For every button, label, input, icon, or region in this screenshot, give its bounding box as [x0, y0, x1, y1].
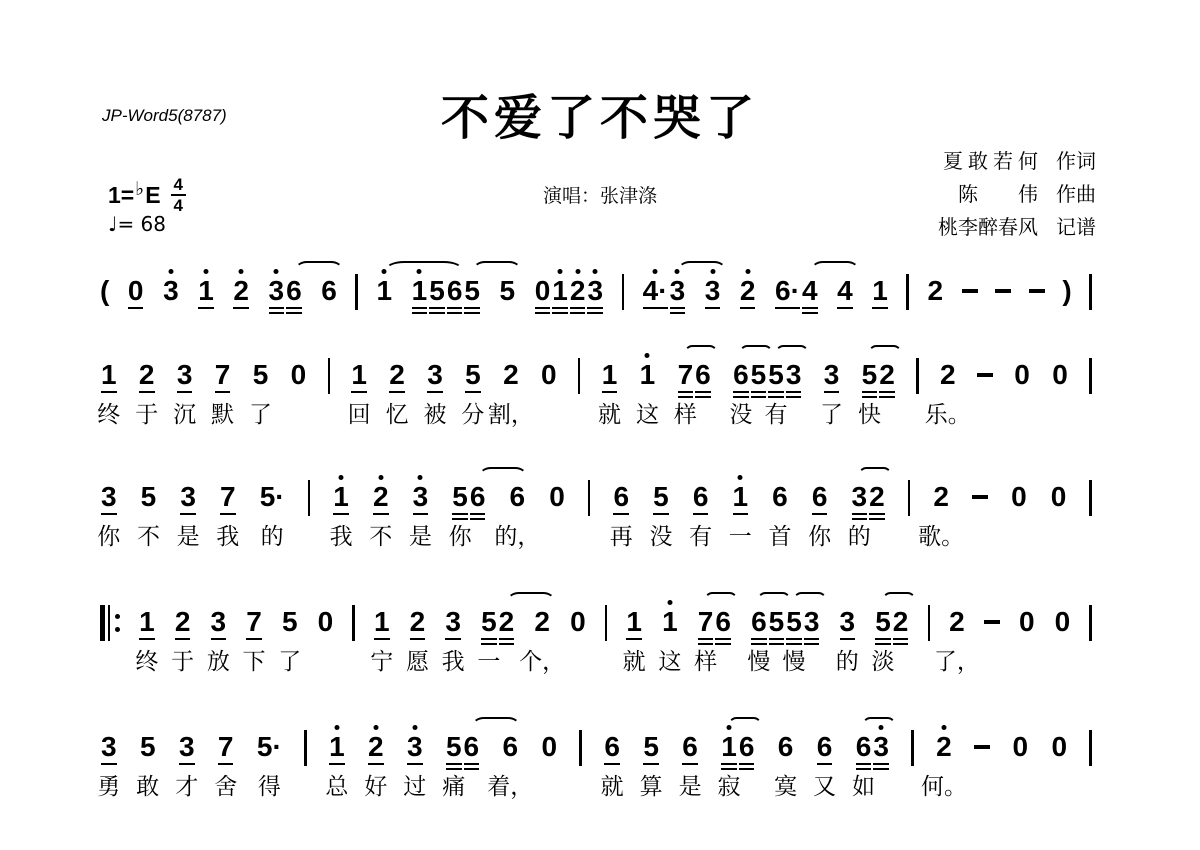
note: 5	[428, 264, 446, 316]
note-digit: 3	[180, 484, 196, 510]
lyric: 了	[278, 650, 301, 673]
note: 1一	[732, 470, 750, 522]
note-digit: 2	[933, 484, 949, 510]
underline-beam	[678, 391, 694, 394]
underline-beam	[604, 763, 620, 766]
note-digit: 3	[824, 362, 840, 388]
note-digit: 4	[802, 278, 818, 304]
note-digit: 2	[570, 278, 586, 304]
underline-beam	[693, 513, 709, 516]
octave-dot	[745, 269, 750, 274]
lyric: 于	[135, 403, 158, 426]
lyric: 淡	[872, 650, 895, 673]
note-digit: 2	[940, 362, 956, 388]
lyric: 的，	[494, 525, 540, 548]
beat-group: 6没55有3	[732, 348, 802, 400]
underline-beam	[470, 513, 486, 516]
lyric: 何。	[921, 775, 967, 798]
note: 2	[868, 470, 886, 522]
note-digit: 1	[733, 484, 749, 510]
beat-group: 5了	[281, 595, 299, 647]
note-digit: 0	[535, 278, 551, 304]
note-digit: 6	[739, 734, 755, 760]
system-4: 1终2于3放7下5了01宁2愿3我5一22个，01就1这7样66慢55慢33的5…	[100, 595, 1092, 647]
note-digit: 6	[812, 484, 828, 510]
note: 6是	[681, 720, 699, 772]
underline-beam	[775, 307, 800, 310]
beat-group: 0	[1012, 720, 1030, 772]
note: 5算	[642, 720, 660, 772]
octave-dot	[710, 269, 715, 274]
note-digit: 2	[928, 278, 944, 304]
beat-group: 6着，	[502, 720, 520, 772]
underline-beam	[535, 307, 551, 310]
octave-dot	[334, 725, 339, 730]
underline-beam	[452, 513, 468, 516]
underline-beam	[128, 307, 144, 310]
note-digit: 6	[856, 734, 872, 760]
note: 6如	[855, 720, 873, 772]
underline-beam	[552, 312, 568, 315]
note-digit: 1	[329, 734, 345, 760]
beat-group: 0	[569, 595, 587, 647]
note-digit: 3	[179, 734, 195, 760]
underline-beam	[101, 513, 117, 516]
note-digit: 6	[751, 609, 767, 635]
beat-group: 1	[871, 264, 889, 316]
note: 1这	[639, 348, 657, 400]
note-digit: 1	[374, 609, 390, 635]
lyric: 过	[403, 775, 426, 798]
octave-dot	[879, 725, 884, 730]
beat-group: 5快2	[861, 348, 896, 400]
beat-group: 4·3	[642, 264, 686, 316]
beat-group: 4	[836, 264, 854, 316]
beat-group: 1寂6	[720, 720, 755, 772]
beat-group: 1这	[661, 595, 679, 647]
note-digit: 3	[786, 362, 802, 388]
note-digit: 0	[1051, 484, 1067, 510]
note-digit: 2	[499, 609, 515, 635]
underline-beam	[893, 643, 909, 646]
beat-group: 2愿	[409, 595, 427, 647]
note: 5痛	[445, 720, 463, 772]
underline-beam	[220, 513, 236, 516]
note-digit: 3	[177, 362, 193, 388]
note-digit: 6	[447, 278, 463, 304]
note: 3才	[178, 720, 196, 772]
note-digit: 3	[163, 278, 179, 304]
underline-beam	[351, 391, 367, 394]
beat-group: 3才	[178, 720, 196, 772]
note-digit: 5	[429, 278, 445, 304]
octave-dot	[645, 353, 650, 358]
note-digit: 7	[698, 609, 714, 635]
note: 7样	[697, 595, 715, 647]
note: 5	[499, 264, 517, 316]
note: 5了	[252, 348, 270, 400]
note: 0	[1054, 595, 1072, 647]
beat-group: 6寞	[777, 720, 795, 772]
note: 3过	[406, 720, 424, 772]
beat-group: 5你6	[451, 470, 486, 522]
note: 6	[320, 264, 338, 316]
lyric: 这	[658, 650, 681, 673]
note-digit: 3	[852, 484, 868, 510]
note: 2愿	[409, 595, 427, 647]
beat-group: 0	[1018, 595, 1036, 647]
note: 3	[803, 595, 821, 647]
note: 1就	[625, 595, 643, 647]
beat-group: 1一	[732, 470, 750, 522]
beat-group: 2割，	[502, 348, 520, 400]
notation-line: 3勇5敢3才7舍5·得1总2好3过5痛66着，06就5算6是1寂66寞6又6如3…	[100, 720, 1092, 772]
underline-beam	[875, 643, 891, 646]
lyric: 是	[679, 775, 702, 798]
underline-beam	[695, 391, 711, 394]
beat-group: 3	[704, 264, 722, 316]
note: 6·	[774, 264, 801, 316]
beat-group: 6·4	[774, 264, 818, 316]
note-digit: 5·	[257, 734, 282, 760]
note-digit: 6	[464, 734, 480, 760]
note: 3你	[100, 470, 118, 522]
underline-beam	[233, 307, 249, 310]
octave-dot	[239, 269, 244, 274]
beat-group: 2	[739, 264, 757, 316]
beat-group: 6又	[816, 720, 834, 772]
note: 6没	[732, 348, 750, 400]
lyric: 你	[808, 525, 831, 548]
underline-beam	[751, 638, 767, 641]
lyric: 不	[137, 525, 160, 548]
beat-group: 6慢55慢3	[750, 595, 820, 647]
beat-group: 2忆	[388, 348, 406, 400]
note: 4	[801, 264, 819, 316]
underline-beam	[101, 763, 117, 766]
note-digit: 5	[446, 734, 462, 760]
held-note-dash	[995, 289, 1011, 293]
lyric: 有	[765, 403, 788, 426]
note-digit: 5	[862, 362, 878, 388]
beat-group: 6首	[771, 470, 789, 522]
underline-beam	[695, 396, 711, 399]
beat-group: 5一2	[480, 595, 515, 647]
lyric: 回	[348, 403, 371, 426]
underline-beam	[587, 307, 603, 310]
lyric: 总	[325, 775, 348, 798]
barline	[588, 480, 591, 516]
lyric: 我	[330, 525, 353, 548]
note: 2了，	[948, 595, 966, 647]
note: 1宁	[373, 595, 391, 647]
note: 3	[586, 264, 604, 316]
beat-group: 5·的	[259, 470, 286, 522]
lyric: 我	[216, 525, 239, 548]
octave-dot	[274, 269, 279, 274]
notation-line: 1终2于3沉7默5了01回2忆3被5分2割，01就1这7样66没55有33了5快…	[100, 348, 1092, 400]
underline-beam	[410, 638, 426, 641]
lyric: 于	[171, 650, 194, 673]
note: 6	[694, 348, 712, 400]
note-digit: 5	[282, 609, 298, 635]
underline-beam	[643, 763, 659, 766]
note: 6慢	[750, 595, 768, 647]
note-digit: 1	[101, 362, 117, 388]
note-digit: 6	[693, 484, 709, 510]
underline-beam	[481, 643, 497, 646]
underline-beam	[852, 518, 868, 521]
underline-beam	[893, 638, 909, 641]
barline	[1089, 605, 1092, 641]
note-digit: 0	[541, 734, 557, 760]
lyric: 个，	[519, 650, 565, 673]
lyric: 勇	[97, 775, 120, 798]
beat-group: 0	[127, 264, 145, 316]
underline-beam	[333, 513, 349, 516]
beat-group: 3你	[100, 470, 118, 522]
note: 6	[469, 470, 487, 522]
beat-group: 5不	[140, 470, 158, 522]
underline-beam	[879, 391, 895, 394]
beat-group: 1回	[350, 348, 368, 400]
lyric: 寂	[718, 775, 741, 798]
lyric: 首	[768, 525, 791, 548]
note-digit: 5	[769, 609, 785, 635]
octave-dot	[417, 269, 422, 274]
underline-beam	[446, 763, 462, 766]
underline-beam	[481, 638, 497, 641]
repeat-dots	[115, 605, 120, 641]
underline-beam	[175, 638, 191, 641]
underline-beam	[626, 638, 642, 641]
barline	[352, 605, 355, 641]
beat-group: 2何。	[935, 720, 953, 772]
lyric: 不	[369, 525, 392, 548]
note-digit: 6	[778, 734, 794, 760]
note: 3是	[412, 470, 430, 522]
note-digit: 5	[875, 609, 891, 635]
note-digit: 0	[549, 484, 565, 510]
note: 0	[534, 264, 552, 316]
notation-line: 3你5不3是7我5·的1我2不3是5你66的，06再5没6有1一6首6你3的22…	[100, 470, 1092, 522]
note-digit: 1	[412, 278, 428, 304]
note: 7舍	[217, 720, 235, 772]
note: 2于	[174, 595, 192, 647]
underline-beam	[817, 763, 833, 766]
underline-beam	[269, 312, 285, 315]
underline-beam	[499, 638, 515, 641]
note: 5了	[281, 595, 299, 647]
note-digit: 0	[1052, 362, 1068, 388]
underline-beam	[218, 763, 234, 766]
note: 1	[197, 264, 215, 316]
note: 3沉	[176, 348, 194, 400]
underline-beam	[412, 312, 428, 315]
note: 2个，	[533, 595, 551, 647]
lyric: 好	[364, 775, 387, 798]
note: 6再	[612, 470, 630, 522]
note-digit: 6	[286, 278, 302, 304]
underline-beam	[465, 391, 481, 394]
note-digit: 6	[715, 609, 731, 635]
note: 5没	[652, 470, 670, 522]
note: 0	[1050, 470, 1068, 522]
underline-beam	[447, 312, 463, 315]
note: 3	[669, 264, 687, 316]
beat-group: 2不	[372, 470, 390, 522]
barline	[578, 358, 581, 394]
underline-beam	[198, 307, 214, 310]
underline-beam	[786, 643, 802, 646]
lyric: 又	[813, 775, 836, 798]
underline-beam	[139, 638, 155, 641]
octave-dot	[339, 475, 344, 480]
note-digit: 3	[211, 609, 227, 635]
note-digit: 6	[613, 484, 629, 510]
lyric: 快	[858, 403, 881, 426]
beat-group: 2	[927, 264, 945, 316]
note-digit: 3	[413, 484, 429, 510]
barline	[906, 274, 909, 310]
lyric: 慢	[783, 650, 806, 673]
underline-beam	[373, 513, 389, 516]
underline-beam	[464, 307, 480, 310]
note-digit: 1	[198, 278, 214, 304]
beat-group: 3被	[426, 348, 444, 400]
underline-beam	[429, 307, 445, 310]
note-digit: 1	[351, 362, 367, 388]
underline-beam	[368, 763, 384, 766]
beat-group: 1就	[601, 348, 619, 400]
beat-group: 5·得	[256, 720, 283, 772]
note-digit: 2	[869, 484, 885, 510]
note-digit: 1	[139, 609, 155, 635]
underline-beam	[682, 763, 698, 766]
note-digit: 5	[465, 362, 481, 388]
note-digit: 6	[604, 734, 620, 760]
note-digit: 2	[949, 609, 965, 635]
underline-beam	[837, 307, 853, 310]
octave-dot	[418, 475, 423, 480]
note: 2不	[372, 470, 390, 522]
underline-beam	[101, 391, 117, 394]
note: 2何。	[935, 720, 953, 772]
underline-beam	[374, 638, 390, 641]
barline	[1089, 358, 1092, 394]
beat-group: 0	[548, 470, 566, 522]
underline-beam	[445, 638, 461, 641]
score-area: (031236611565501234·3326·4412)1终2于3沉7默5了…	[0, 0, 1200, 850]
note-digit: 4·	[643, 278, 668, 304]
lyric: 沉	[173, 403, 196, 426]
note-digit: 6	[733, 362, 749, 388]
underline-beam	[768, 396, 784, 399]
note-digit: 3	[445, 609, 461, 635]
lyric: 的	[848, 525, 871, 548]
lyric: 再	[610, 525, 633, 548]
barline	[308, 480, 311, 516]
note-digit: 0	[1014, 362, 1030, 388]
note-digit: 2	[175, 609, 191, 635]
note: 0	[127, 264, 145, 316]
underline-beam	[535, 312, 551, 315]
beat-group: 5算	[642, 720, 660, 772]
note: 5一	[480, 595, 498, 647]
held-note-dash	[1029, 289, 1045, 293]
underline-beam	[769, 638, 785, 641]
underline-beam	[879, 396, 895, 399]
note: 6首	[771, 470, 789, 522]
underline-beam	[786, 396, 802, 399]
repeat-thick-bar	[100, 605, 105, 641]
underline-beam	[215, 391, 231, 394]
lyric: 分	[461, 403, 484, 426]
note-digit: 1	[552, 278, 568, 304]
note-digit: 2	[139, 362, 155, 388]
note: 6有	[692, 470, 710, 522]
beat-group: 3是	[179, 470, 197, 522]
underline-beam	[721, 768, 737, 771]
beat-group: 3的2	[851, 470, 886, 522]
note: 6就	[603, 720, 621, 772]
lyric: 了	[820, 403, 843, 426]
beat-group: 0	[317, 595, 335, 647]
held-note-dash	[977, 373, 993, 377]
underline-beam	[715, 638, 731, 641]
beat-group: 0	[290, 348, 308, 400]
note-digit: 6	[682, 734, 698, 760]
underline-beam	[211, 638, 227, 641]
note: 1	[376, 264, 394, 316]
underline-beam	[872, 307, 888, 310]
note: 0	[1018, 595, 1036, 647]
note: 3	[268, 264, 286, 316]
note-digit: 5	[768, 362, 784, 388]
underline-beam	[670, 312, 686, 315]
note-digit: 2	[389, 362, 405, 388]
note-digit: 6	[695, 362, 711, 388]
note: 5淡	[874, 595, 892, 647]
note-digit: 7	[246, 609, 262, 635]
underline-beam	[751, 643, 767, 646]
barline	[304, 730, 307, 766]
beat-group: 3沉	[176, 348, 194, 400]
note-digit: 5	[481, 609, 497, 635]
note-digit: 2	[233, 278, 249, 304]
note-digit: 2	[936, 734, 952, 760]
underline-beam	[873, 768, 889, 771]
beat-group: 1这	[639, 348, 657, 400]
note: 7我	[219, 470, 237, 522]
beat-group: 1就	[625, 595, 643, 647]
beat-group: 3的	[839, 595, 857, 647]
beat-group: 2乐。	[939, 348, 957, 400]
note-digit: 7	[220, 484, 236, 510]
note-digit: 1	[377, 278, 393, 304]
barline	[355, 274, 358, 310]
lyric: 是	[409, 525, 432, 548]
beat-group: 6的，	[509, 470, 527, 522]
underline-beam	[613, 513, 629, 516]
lyric: 忆	[386, 403, 409, 426]
underline-beam	[446, 768, 462, 771]
note: 2	[739, 264, 757, 316]
note-digit: 0	[1011, 484, 1027, 510]
underline-beam	[824, 391, 840, 394]
lyric: 算	[640, 775, 663, 798]
beat-group: 3了	[823, 348, 841, 400]
